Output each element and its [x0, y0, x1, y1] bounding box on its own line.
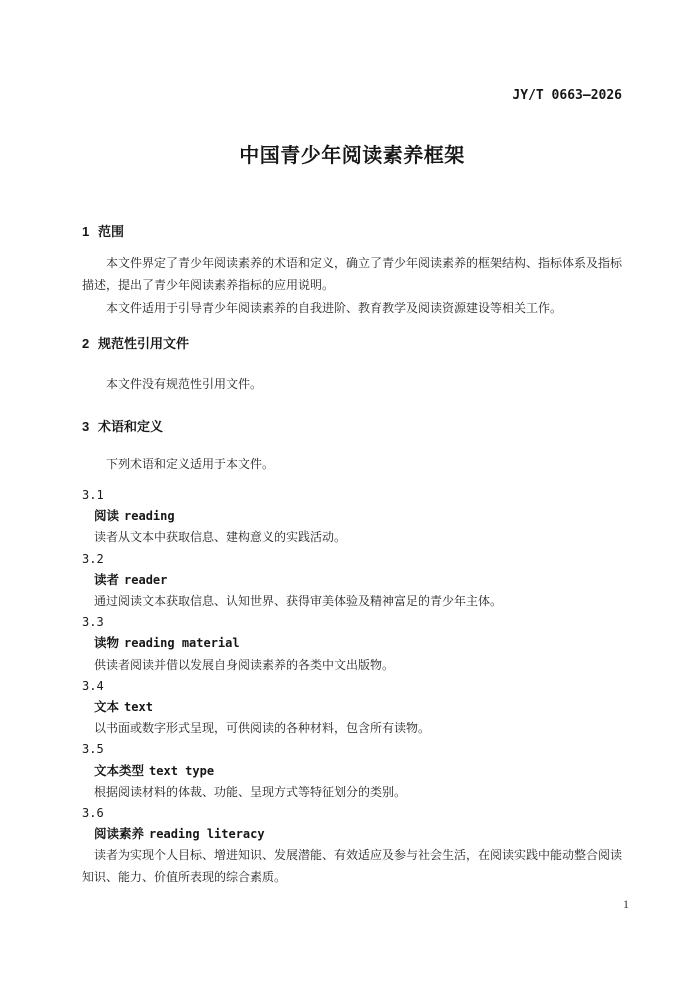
section-2-heading: 2规范性引用文件: [82, 334, 622, 354]
term-number: 3.2: [82, 549, 622, 570]
section-2-label: 规范性引用文件: [98, 336, 189, 351]
term-entry: 3.2 读者reader 通过阅读文本获取信息、认知世界、获得审美体验及精神富足…: [82, 549, 622, 613]
term-definition: 通过阅读文本获取信息、认知世界、获得审美体验及精神富足的青少年主体。: [82, 591, 622, 612]
term-name: 读者reader: [82, 570, 622, 591]
term-name-en: text: [124, 700, 153, 714]
term-number: 3.5: [82, 739, 622, 760]
section-3-heading: 3术语和定义: [82, 417, 622, 437]
term-number: 3.1: [82, 485, 622, 506]
term-name-zh: 读者: [94, 573, 119, 587]
term-entry: 3.5 文本类型text type 根据阅读材料的体裁、功能、呈现方式等特征划分…: [82, 739, 622, 803]
term-name-en: reading: [124, 509, 175, 523]
term-name-zh: 文本: [94, 700, 119, 714]
term-name: 读物reading material: [82, 633, 622, 654]
section-2-number: 2: [82, 334, 98, 354]
term-name-zh: 读物: [94, 636, 119, 650]
term-definition: 读者从文本中获取信息、建构意义的实践活动。: [82, 527, 622, 548]
section-2-paragraph-1: 本文件没有规范性引用文件。: [82, 373, 622, 395]
section-3-number: 3: [82, 417, 98, 437]
term-number: 3.4: [82, 676, 622, 697]
section-3-paragraph-1: 下列术语和定义适用于本文件。: [82, 453, 622, 475]
term-entry: 3.4 文本text 以书面或数字形式呈现，可供阅读的各种材料，包含所有读物。: [82, 676, 622, 740]
term-definition: 读者为实现个人目标、增进知识、发展潜能、有效适应及参与社会生活，在阅读实践中能动…: [82, 845, 622, 887]
section-1-number: 1: [82, 222, 98, 242]
document-title: 中国青少年阅读素养框架: [82, 142, 622, 170]
term-definition: 根据阅读材料的体裁、功能、呈现方式等特征划分的类别。: [82, 782, 622, 803]
term-definition: 以书面或数字形式呈现，可供阅读的各种材料，包含所有读物。: [82, 718, 622, 739]
term-name-en: text type: [149, 764, 214, 778]
section-1-heading: 1范围: [82, 222, 622, 242]
term-entry: 3.1 阅读reading 读者从文本中获取信息、建构意义的实践活动。: [82, 485, 622, 549]
term-entry: 3.3 读物reading material 供读者阅读并借以发展自身阅读素养的…: [82, 612, 622, 676]
term-definition: 供读者阅读并借以发展自身阅读素养的各类中文出版物。: [82, 655, 622, 676]
document-page: JY/T 0663—2026 中国青少年阅读素养框架 1范围 本文件界定了青少年…: [0, 0, 700, 990]
term-entry: 3.6 阅读素养reading literacy 读者为实现个人目标、增进知识、…: [82, 803, 622, 888]
term-name-en: reading literacy: [149, 827, 265, 841]
page-content: JY/T 0663—2026 中国青少年阅读素养框架 1范围 本文件界定了青少年…: [82, 0, 622, 888]
section-3-label: 术语和定义: [98, 419, 163, 434]
term-name-en: reading material: [124, 636, 240, 650]
terms-list: 3.1 阅读reading 读者从文本中获取信息、建构意义的实践活动。 3.2 …: [82, 485, 622, 888]
term-number: 3.3: [82, 612, 622, 633]
term-name-zh: 阅读素养: [94, 827, 144, 841]
term-name: 文本类型text type: [82, 761, 622, 782]
term-name-zh: 文本类型: [94, 764, 144, 778]
page-number: 1: [623, 896, 629, 912]
section-1-label: 范围: [98, 224, 124, 239]
term-name: 阅读素养reading literacy: [82, 824, 622, 845]
term-name: 文本text: [82, 697, 622, 718]
term-name: 阅读reading: [82, 506, 622, 527]
term-number: 3.6: [82, 803, 622, 824]
term-name-en: reader: [124, 573, 167, 587]
standard-number: JY/T 0663—2026: [82, 87, 622, 105]
section-1-paragraph-1: 本文件界定了青少年阅读素养的术语和定义，确立了青少年阅读素养的框架结构、指标体系…: [82, 252, 622, 297]
term-name-zh: 阅读: [94, 509, 119, 523]
section-1-paragraph-2: 本文件适用于引导青少年阅读素养的自我进阶、教育教学及阅读资源建设等相关工作。: [82, 297, 622, 319]
